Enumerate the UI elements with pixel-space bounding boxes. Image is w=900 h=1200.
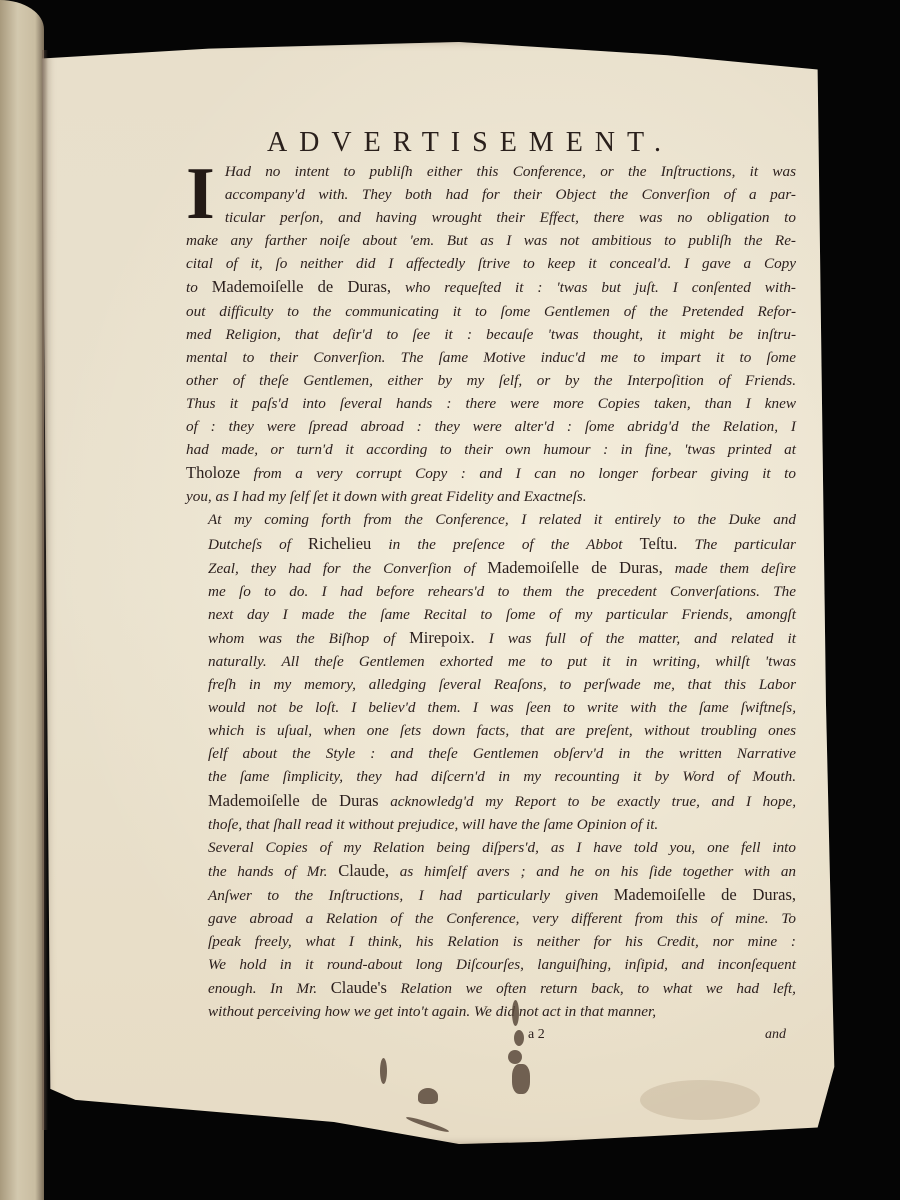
proper-name: Teſtu.: [640, 534, 678, 553]
text-line: the hands of Mr. Claude, as himſelf aver…: [186, 859, 796, 883]
worm-hole: [380, 1058, 387, 1084]
worm-hole: [514, 1030, 524, 1046]
facing-page-edge: [0, 0, 44, 1200]
text-line: make any farther noiſe about 'em. But as…: [186, 229, 796, 252]
drop-cap: I: [186, 164, 215, 224]
proper-name: Claude,: [338, 861, 389, 880]
text-line: whom was the Biſhop of Mirepoix. I was f…: [186, 626, 796, 650]
document-body: IHad no intent to publiſh either this Co…: [186, 160, 796, 1023]
text-line: freſh in my memory, alledging ſeveral Re…: [186, 673, 796, 696]
proper-name: Mademoiſelle de Duras,: [487, 558, 662, 577]
catchword: and: [765, 1027, 786, 1043]
proper-name: Tholoze: [186, 463, 240, 482]
text-line: next day I made the ſame Recital to ſome…: [186, 603, 796, 626]
text-line: the ſame ſimplicity, they had diſcern'd …: [186, 765, 796, 788]
text-line: ſpeak freely, what I think, his Relation…: [186, 930, 796, 953]
text-line: you, as I had my ſelf ſet it down with g…: [186, 485, 796, 508]
text-line: had made, or turn'd it according to thei…: [186, 438, 796, 461]
text-line: enough. In Mr. Claude's Relation we ofte…: [186, 976, 796, 1000]
text-line: of : they were ſpread abroad : they were…: [186, 415, 796, 438]
text-line: Zeal, they had for the Converſion of Mad…: [186, 556, 796, 580]
text-line: mental to their Converſion. The ſame Mot…: [186, 346, 796, 369]
text-line: would not be loſt. I believ'd them. I wa…: [186, 696, 796, 719]
text-line: Anſwer to the Inſtructions, I had partic…: [186, 883, 796, 907]
text-line: other of theſe Gentlemen, either by my ſ…: [186, 369, 796, 392]
proper-name: Mademoiſelle de Duras,: [614, 885, 796, 904]
text-line: without perceiving how we get into't aga…: [186, 1000, 796, 1023]
proper-name: Claude's: [331, 978, 387, 997]
text-line: Tholoze from a very corrupt Copy : and I…: [186, 461, 796, 485]
signature-mark: a 2: [528, 1027, 545, 1043]
text-line: out difficulty to the communicating it t…: [186, 300, 796, 323]
proper-name: Richelieu: [308, 534, 371, 553]
text-line: to Mademoiſelle de Duras, who requeſted …: [186, 275, 796, 299]
text-line: Several Copies of my Relation being diſp…: [186, 836, 796, 859]
text-line: med Religion, that deſir'd to ſee it : b…: [186, 323, 796, 346]
paragraph: At my coming forth from the Conference, …: [186, 508, 796, 835]
text-line: ſelf about the Style : and theſe Gentlem…: [186, 742, 796, 765]
page-gutter-shadow: [42, 50, 48, 1130]
worm-hole: [418, 1088, 438, 1104]
text-line: accompany'd with. They both had for thei…: [186, 183, 796, 206]
text-line: me ſo to do. I had before rehears'd to t…: [186, 580, 796, 603]
text-line: ticular perſon, and having wrought their…: [186, 206, 796, 229]
text-line: Had no intent to publiſh either this Con…: [186, 160, 796, 183]
paragraph: IHad no intent to publiſh either this Co…: [186, 160, 796, 508]
text-line: naturally. All theſe Gentlemen exhorted …: [186, 650, 796, 673]
text-line: Thus it paſs'd into ſeveral hands : ther…: [186, 392, 796, 415]
text-line: cital of it, ſo neither did I affectedly…: [186, 252, 796, 275]
worm-hole: [508, 1050, 522, 1064]
text-line: gave abroad a Relation of the Conference…: [186, 907, 796, 930]
text-line: which is uſual, when one ſets down facts…: [186, 719, 796, 742]
proper-name: Mademoiſelle de Duras,: [212, 277, 391, 296]
proper-name: Mademoiſelle de Duras: [208, 791, 379, 810]
page-title: ADVERTISEMENT.: [200, 127, 740, 159]
worm-hole: [512, 1064, 530, 1094]
proper-name: Mirepoix.: [409, 628, 475, 647]
paragraph: Several Copies of my Relation being diſp…: [186, 836, 796, 1024]
paper-stain: [640, 1080, 760, 1120]
text-line: Mademoiſelle de Duras acknowledg'd my Re…: [186, 789, 796, 813]
text-line: We hold in it round-about long Diſcourſe…: [186, 953, 796, 976]
text-line: thoſe, that ſhall read it without prejud…: [186, 813, 796, 836]
worm-hole: [512, 1000, 519, 1026]
text-line: At my coming forth from the Conference, …: [186, 508, 796, 531]
text-line: Dutcheſs of Richelieu in the preſence of…: [186, 532, 796, 556]
